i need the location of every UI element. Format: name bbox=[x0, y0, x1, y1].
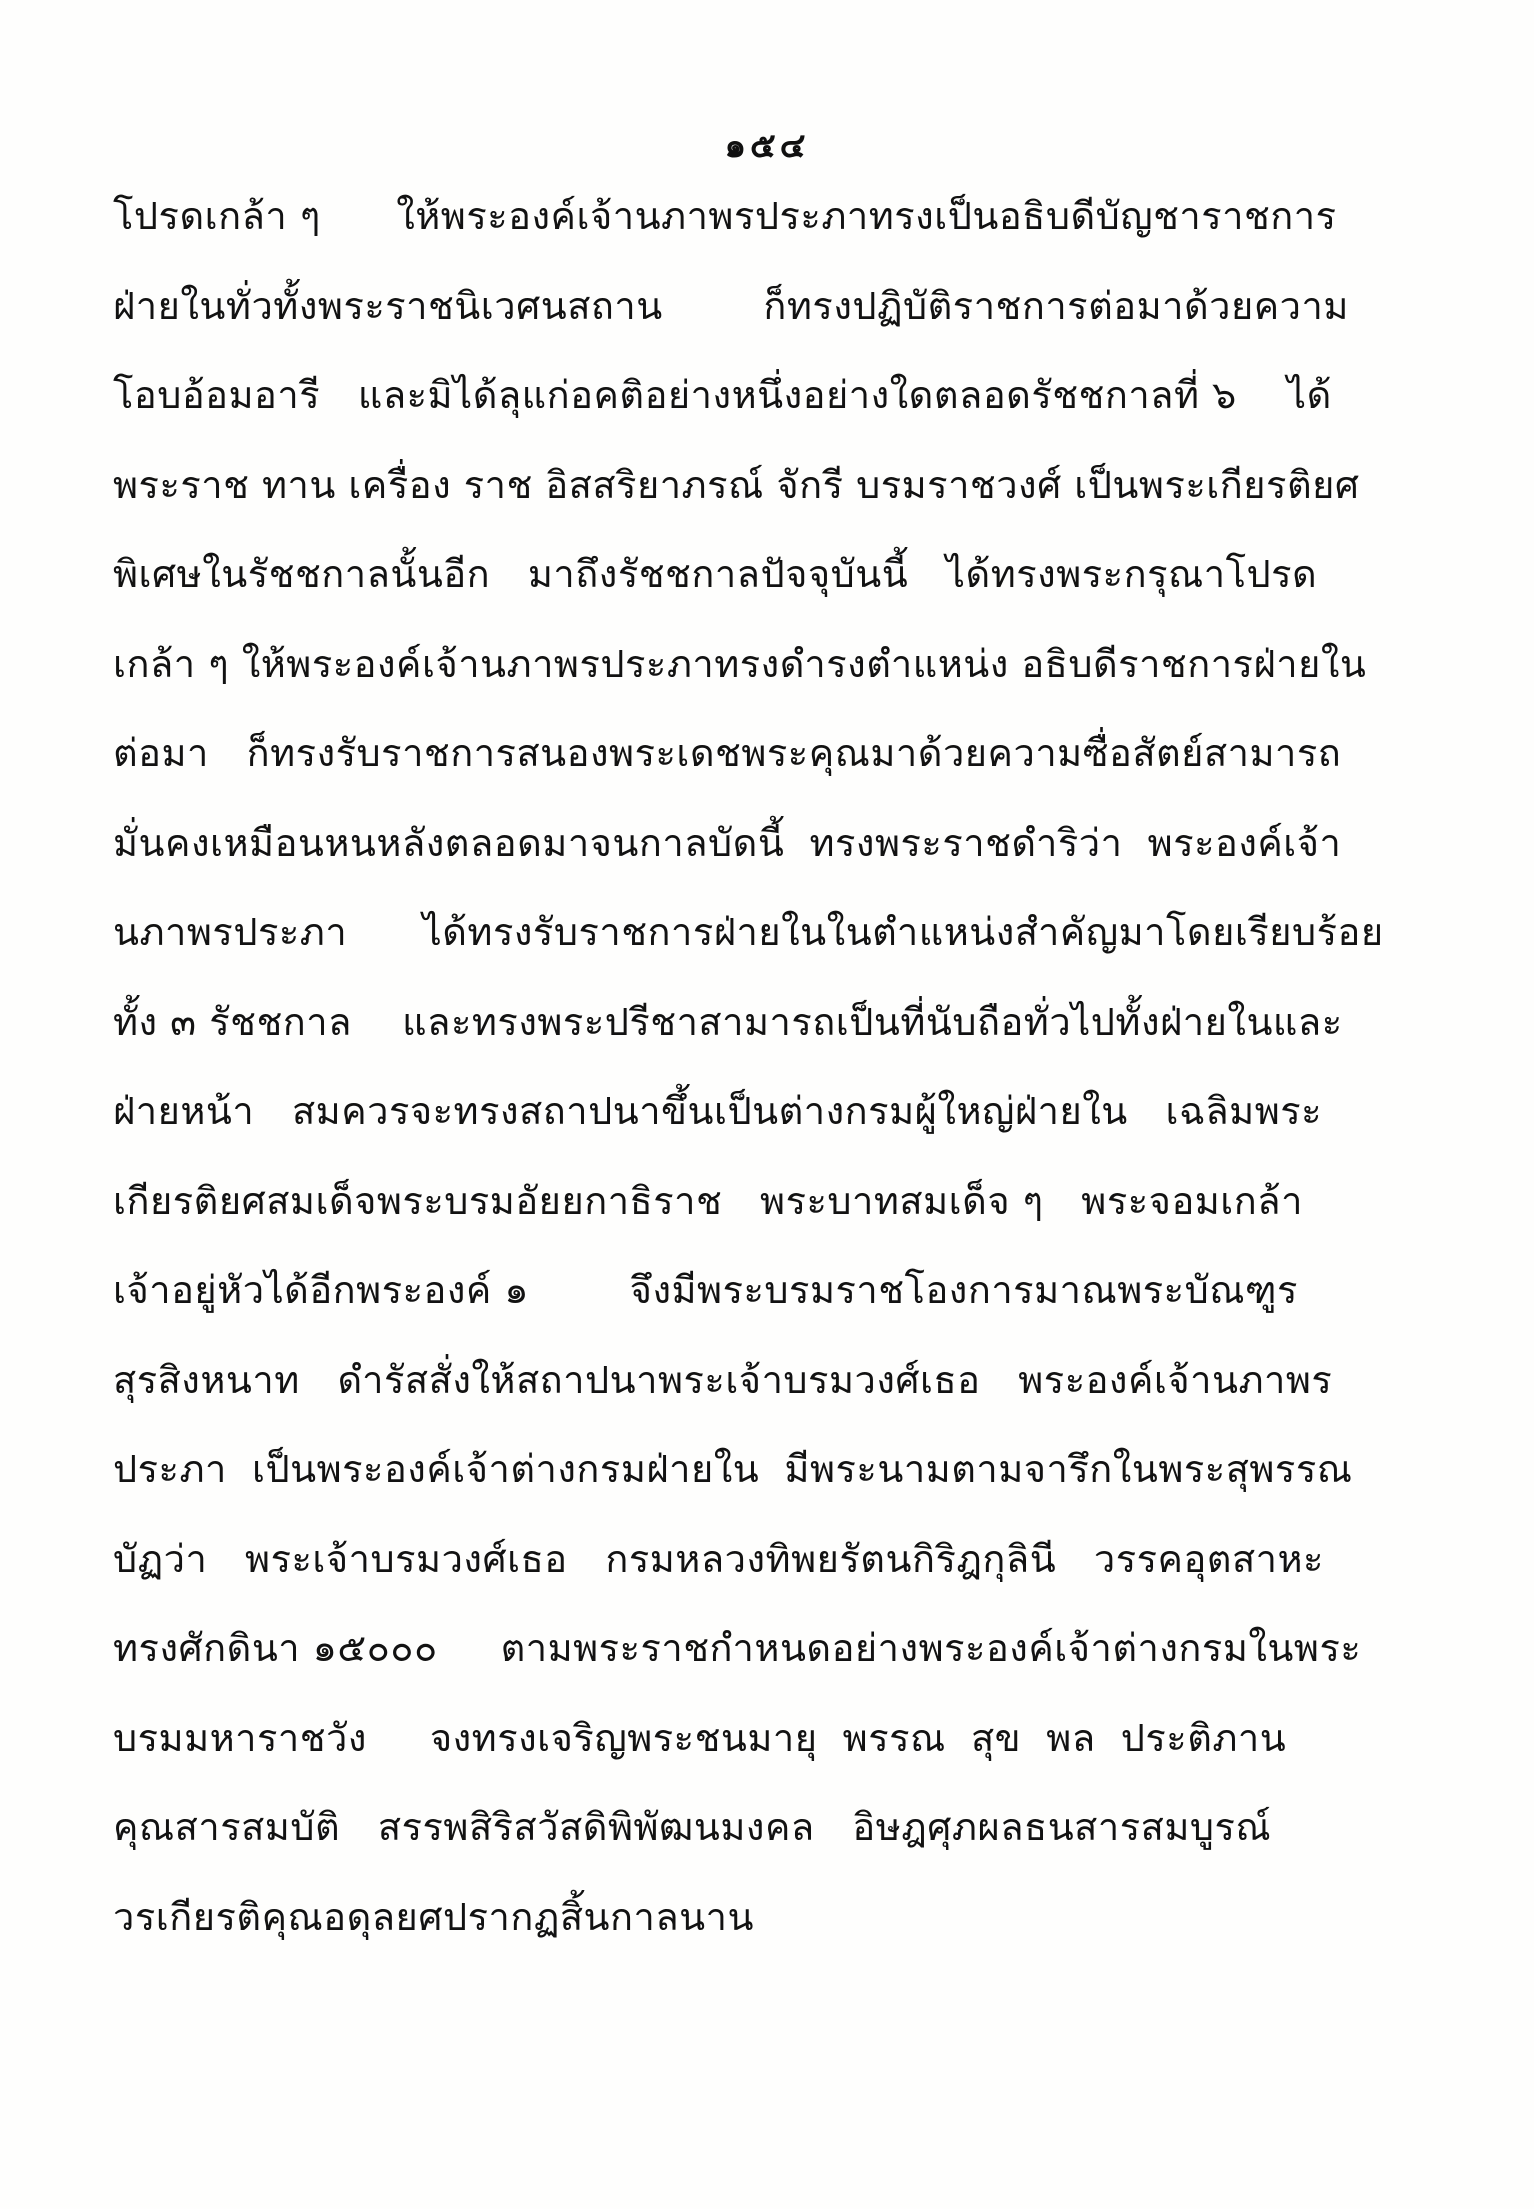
text-line: เกล้า ๆ ให้พระองค์เจ้านภาพรประภาทรงดำรงต… bbox=[113, 620, 1429, 710]
text-line: พระราช ทาน เครื่อง ราช อิสสริยาภรณ์ จักร… bbox=[113, 441, 1429, 531]
text-line: สุรสิงหนาท ดำรัสสั่งให้สถาปนาพระเจ้าบรมว… bbox=[113, 1336, 1429, 1426]
text-line: โปรดเกล้า ๆ ให้พระองค์เจ้านภาพรประภาทรงเ… bbox=[113, 172, 1429, 262]
text-line: พิเศษในรัชชกาลนั้นอีก มาถึงรัชชกาลปัจจุบ… bbox=[113, 530, 1429, 620]
text-line: เจ้าอยู่หัวได้อีกพระองค์ ๑ จึงมีพระบรมรา… bbox=[113, 1246, 1429, 1336]
text-line: ประภา เป็นพระองค์เจ้าต่างกรมฝ่ายใน มีพระ… bbox=[113, 1425, 1429, 1515]
text-line: วรเกียรติคุณอดุลยศปรากฏสิ้นกาลนาน bbox=[113, 1873, 1429, 1963]
text-line: ทรงศักดินา ๑๕๐๐๐ ตามพระราชกำหนดอย่างพระอ… bbox=[113, 1604, 1429, 1694]
text-line: ฝ่ายในทั่วทั้งพระราชนิเวศนสถาน ก็ทรงปฏิบ… bbox=[113, 262, 1429, 352]
text-line: นภาพรประภา ได้ทรงรับราชการฝ่ายในในตำแหน่… bbox=[113, 888, 1429, 978]
text-line: เกียรติยศสมเด็จพระบรมอัยยกาธิราช พระบาทส… bbox=[113, 1157, 1429, 1247]
text-line: คุณสารสมบัติ สรรพสิริสวัสดิพิพัฒนมงคล อิ… bbox=[113, 1783, 1429, 1873]
text-line: ทั้ง ๓ รัชชกาล และทรงพระปรีชาสามารถเป็นท… bbox=[113, 978, 1429, 1068]
text-line: บัฏว่า พระเจ้าบรมวงศ์เธอ กรมหลวงทิพยรัตน… bbox=[113, 1515, 1429, 1605]
text-line: ต่อมา ก็ทรงรับราชการสนองพระเดชพระคุณมาด้… bbox=[113, 709, 1429, 799]
page-number: ๑๕๔ bbox=[0, 118, 1534, 172]
text-line: โอบอ้อมอารี และมิได้ลุแก่อคติอย่างหนึ่งอ… bbox=[113, 351, 1429, 441]
body-text-block: โปรดเกล้า ๆ ให้พระองค์เจ้านภาพรประภาทรงเ… bbox=[113, 172, 1429, 1962]
text-line: บรมมหาราชวัง จงทรงเจริญพระชนมายุ พรรณ สุ… bbox=[113, 1694, 1429, 1784]
text-line: มั่นคงเหมือนหนหลังตลอดมาจนกาลบัดนี้ ทรงพ… bbox=[113, 799, 1429, 889]
scanned-document-page: ๑๕๔ โปรดเกล้า ๆ ให้พระองค์เจ้านภาพรประภา… bbox=[0, 0, 1534, 2209]
text-line: ฝ่ายหน้า สมควรจะทรงสถาปนาขึ้นเป็นต่างกรม… bbox=[113, 1067, 1429, 1157]
